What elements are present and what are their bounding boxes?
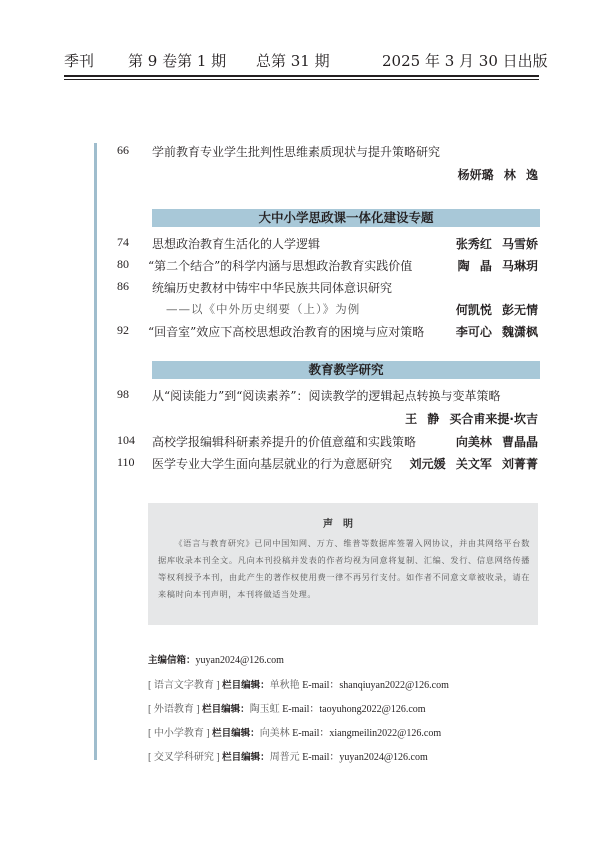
column-name: [ 中小学教育 ]: [148, 728, 210, 739]
side-accent-bar: [94, 143, 97, 760]
contact-email[interactable]: taoyuhong2022@126.com: [319, 704, 425, 715]
article-authors: 向美林 曹晶晶: [456, 433, 538, 450]
running-header: 季刊 第 9 卷第 1 期 总第 31 期 2025 年 3 月 30 日出版: [64, 50, 540, 72]
email-label: E-mail：: [302, 752, 339, 763]
page-number: 110: [117, 455, 135, 470]
column-editor-contact: [ 语言文字教育 ] 栏目编辑：单秋艳 E-mail：shanqiuyan202…: [148, 676, 449, 691]
article-title: “回音室”效应下高校思想政治教育的困境与应对策略: [148, 323, 424, 340]
volume-issue: 第 9 卷第 1 期: [128, 50, 226, 71]
article-authors: 李可心 魏潇枫: [456, 323, 538, 340]
contact-label: 主编信箱：: [148, 655, 196, 666]
notice-title: 声明: [148, 515, 538, 530]
copyright-notice: 声明 《语言与教育研究》已同中国知网、万方、维普等数据库签署入网协议，并由其网络…: [148, 503, 538, 625]
article-authors: 杨妍璐 林 逸: [458, 166, 538, 183]
article-title: 从“阅读能力”到“阅读素养”：阅读教学的逻辑起点转换与变革策略: [152, 387, 501, 404]
section-heading: 大中小学思政课一体化建设专题: [152, 209, 540, 227]
article-authors: 张秀红 马雪娇: [456, 235, 538, 252]
column-editor-contact: [ 中小学教育 ] 栏目编辑：向美林 E-mail：xiangmeilin202…: [148, 724, 441, 739]
column-name: [ 语言文字教育 ]: [148, 680, 220, 691]
article-authors: 陶 晶 马琳玥: [458, 257, 538, 274]
article-authors: 何凯悦 彭无情: [456, 301, 538, 318]
article-title: 医学专业大学生面向基层就业的行为意愿研究: [152, 455, 392, 472]
column-name: [ 外语教育 ]: [148, 704, 200, 715]
article-authors: 王 静 买合甫来提·坎吉: [405, 410, 538, 427]
article-title: 思想政治教育生活化的人学逻辑: [152, 235, 320, 252]
role-label: 栏目编辑：: [212, 728, 260, 739]
publication-date: 2025 年 3 月 30 日出版: [382, 50, 548, 71]
column-name: [ 交叉学科研究 ]: [148, 752, 220, 763]
page-number: 74: [117, 235, 129, 250]
page-number: 86: [117, 279, 129, 294]
page-number: 92: [117, 323, 129, 338]
editor-name: 陶玉虹: [250, 704, 280, 715]
editor-name: 向美林: [260, 728, 290, 739]
editor-name: 单秋艳: [270, 680, 300, 691]
contact-email[interactable]: xiangmeilin2022@126.com: [329, 728, 441, 739]
article-title: 学前教育专业学生批判性思维素质现状与提升策略研究: [152, 143, 440, 160]
contact-email[interactable]: yuyan2024@126.com: [196, 655, 284, 666]
column-editor-contact: [ 交叉学科研究 ] 栏目编辑：周普元 E-mail：yuyan2024@126…: [148, 748, 428, 763]
page-number: 80: [117, 257, 129, 272]
notice-body: 《语言与教育研究》已同中国知网、万方、维普等数据库签署入网协议，并由其网络平台数…: [158, 535, 530, 603]
email-label: E-mail：: [282, 704, 319, 715]
email-label: E-mail：: [302, 680, 339, 691]
chief-editor-contact: 主编信箱：yuyan2024@126.com: [148, 652, 284, 666]
email-label: E-mail：: [292, 728, 329, 739]
article-title: 统编历史教材中铸牢中华民族共同体意识研究: [152, 279, 392, 296]
article-title: 高校学报编辑科研素养提升的价值意蕴和实践策略: [152, 433, 416, 450]
role-label: 栏目编辑：: [202, 704, 250, 715]
article-subtitle: ——以《中外历史纲要（上）》为例: [166, 301, 360, 317]
article-authors: 刘元媛 关文军 刘菁菁: [410, 455, 538, 472]
column-editor-contact: [ 外语教育 ] 栏目编辑：陶玉虹 E-mail：taoyuhong2022@1…: [148, 700, 426, 715]
role-label: 栏目编辑：: [222, 752, 270, 763]
article-title: “第二个结合”的科学内涵与思想政治教育实践价值: [148, 257, 412, 274]
header-rule-thick: [64, 75, 539, 77]
role-label: 栏目编辑：: [222, 680, 270, 691]
page-number: 98: [117, 387, 129, 402]
contact-email[interactable]: shanqiuyan2022@126.com: [339, 680, 448, 691]
editor-name: 周普元: [270, 752, 300, 763]
page-number: 104: [117, 433, 135, 448]
frequency-label: 季刊: [64, 50, 94, 71]
section-heading: 教育教学研究: [152, 361, 540, 379]
page-number: 66: [117, 143, 129, 158]
total-issue: 总第 31 期: [256, 50, 330, 71]
contact-email[interactable]: yuyan2024@126.com: [339, 752, 427, 763]
header-rule-thin: [64, 79, 539, 80]
